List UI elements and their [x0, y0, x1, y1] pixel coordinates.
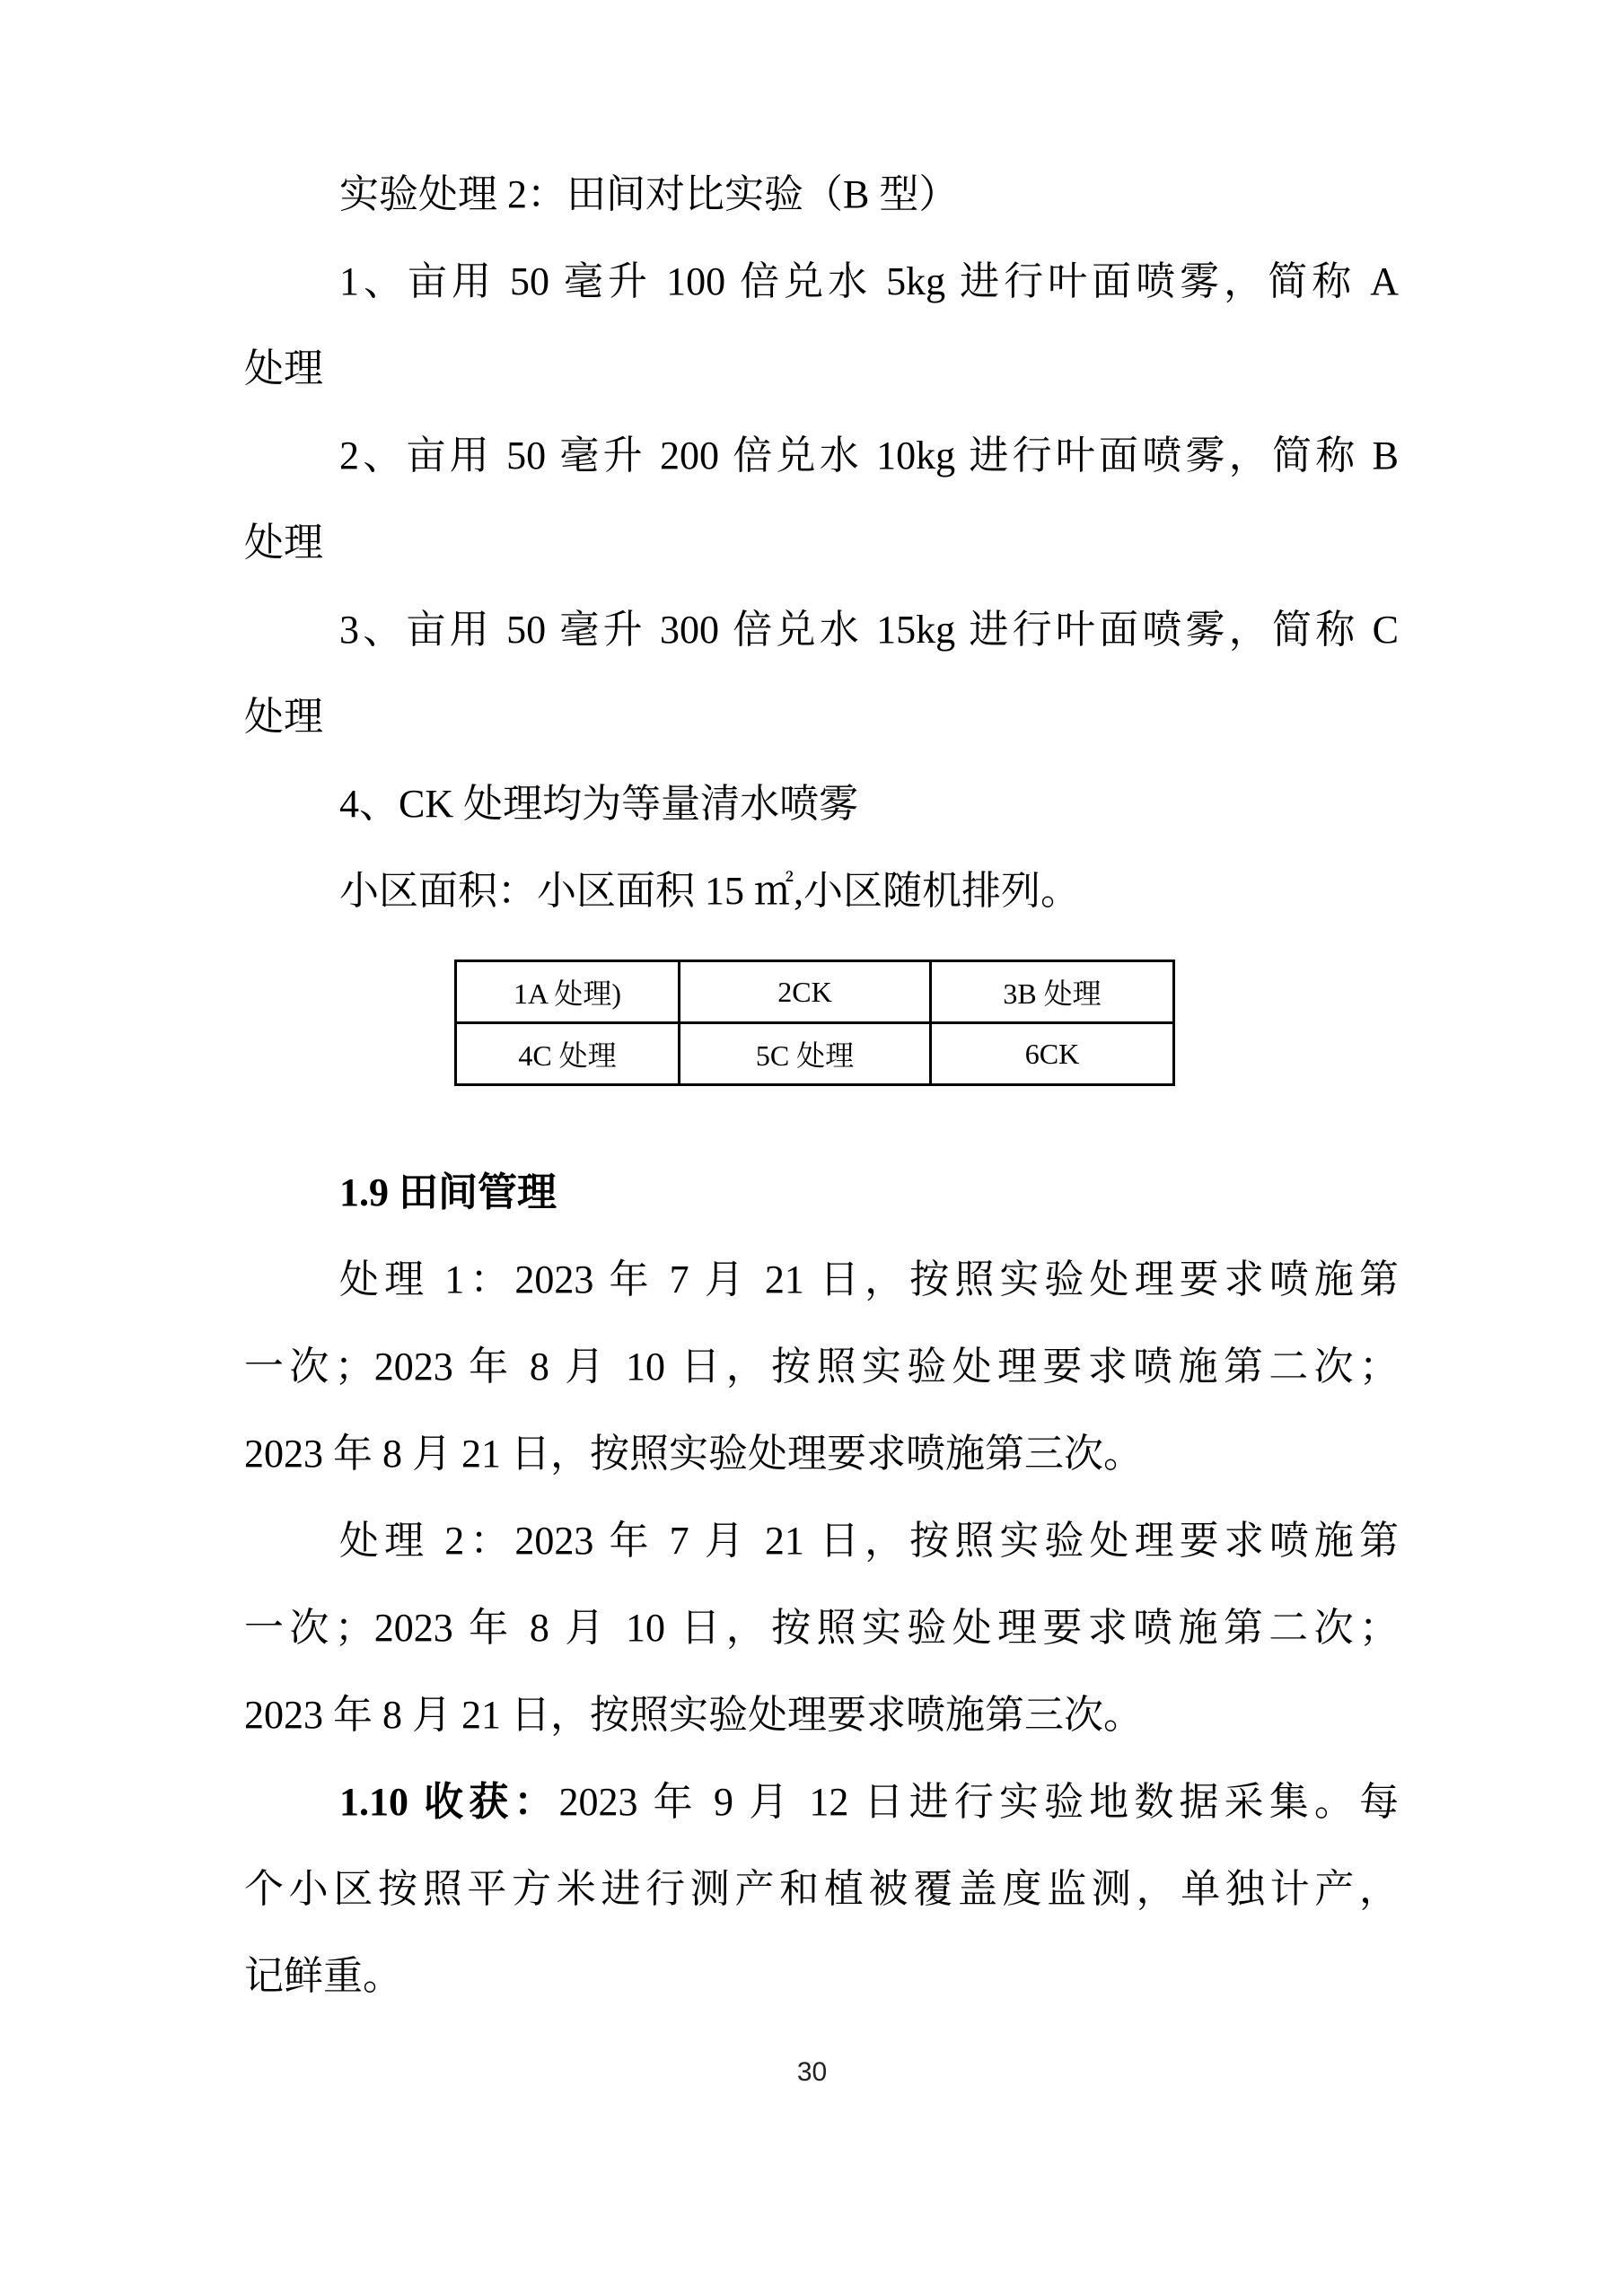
page-number: 30: [0, 2057, 1624, 2088]
plot-layout-table: 1A 处理) 2CK 3B 处理 4C 处理 5C 处理 6CK: [454, 960, 1175, 1086]
paragraph-harvest: 1.10 收获：2023 年 9 月 12 日进行实验地数据采集。每: [244, 1758, 1399, 1845]
paragraph-management-2-end: 2023 年 8 月 21 日，按照实验处理要求喷施第三次。: [244, 1671, 1399, 1758]
paragraph-treatment-a: 1、亩用 50 毫升 100 倍兑水 5kg 进行叶面喷雾，简称 A: [244, 238, 1399, 325]
table-cell-4c: 4C 处理: [456, 1023, 680, 1085]
table-cell-5c: 5C 处理: [680, 1023, 931, 1085]
paragraph-harvest-end: 记鲜重。: [244, 1932, 1399, 2020]
table-cell-1a: 1A 处理): [456, 961, 680, 1023]
paragraph-harvest-text: 2023 年 9 月 12 日进行实验地数据采集。每: [559, 1780, 1399, 1824]
paragraph-plot-area: 小区面积：小区面积 15 ㎡,小区随机排列。: [244, 847, 1399, 934]
table-cell-2ck: 2CK: [680, 961, 931, 1023]
heading-1-10-harvest: 1.10 收获：: [339, 1780, 559, 1824]
paragraph-treatment-c: 3、亩用 50 毫升 300 倍兑水 15kg 进行叶面喷雾，简称 C: [244, 586, 1399, 673]
paragraph-treatment-ck: 4、CK 处理均为等量清水喷雾: [244, 760, 1399, 847]
paragraph-management-2-cont: 一次；2023 年 8 月 10 日，按照实验处理要求喷施第二次；: [244, 1584, 1399, 1671]
document-body: 实验处理 2：田间对比实验（B 型） 1、亩用 50 毫升 100 倍兑水 5k…: [244, 151, 1399, 2020]
table-cell-6ck: 6CK: [931, 1023, 1174, 1085]
paragraph-management-1-cont: 一次；2023 年 8 月 10 日，按照实验处理要求喷施第二次；: [244, 1323, 1399, 1410]
table-row: 4C 处理 5C 处理 6CK: [456, 1023, 1174, 1085]
paragraph-harvest-cont: 个小区按照平方米进行测产和植被覆盖度监测，单独计产，: [244, 1845, 1399, 1932]
table-row: 1A 处理) 2CK 3B 处理: [456, 961, 1174, 1023]
table-cell-3b: 3B 处理: [931, 961, 1174, 1023]
paragraph-treatment-b-cont: 处理: [244, 499, 1399, 586]
document-page: 实验处理 2：田间对比实验（B 型） 1、亩用 50 毫升 100 倍兑水 5k…: [0, 0, 1624, 2296]
paragraph-management-1-end: 2023 年 8 月 21 日，按照实验处理要求喷施第三次。: [244, 1410, 1399, 1497]
paragraph-treatment-a-cont: 处理: [244, 325, 1399, 412]
paragraph-treatment-c-cont: 处理: [244, 673, 1399, 760]
paragraph-experiment-2-title: 实验处理 2：田间对比实验（B 型）: [244, 151, 1399, 238]
paragraph-treatment-b: 2、亩用 50 毫升 200 倍兑水 10kg 进行叶面喷雾，简称 B: [244, 412, 1399, 499]
paragraph-management-1: 处理 1：2023 年 7 月 21 日，按照实验处理要求喷施第: [244, 1236, 1399, 1323]
paragraph-management-2: 处理 2：2023 年 7 月 21 日，按照实验处理要求喷施第: [244, 1497, 1399, 1584]
heading-1-9-field-management: 1.9 田间管理: [244, 1149, 1399, 1236]
